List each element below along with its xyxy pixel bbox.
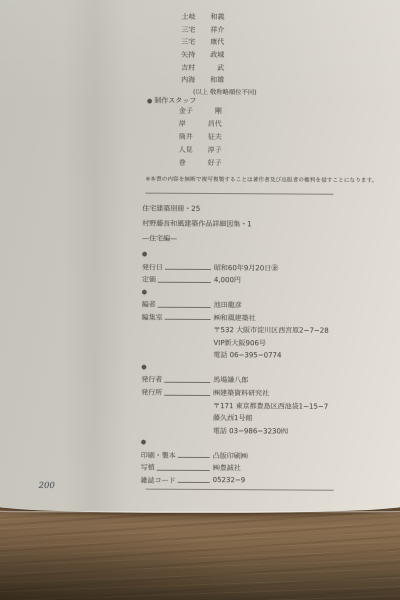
page-content: 土岐和義三宅祥介三宅康代矢持政城吉村武内海和雄 (以上 敬称略順位不同) ●制作… <box>6 7 393 514</box>
contributor-row: 吉村武 <box>181 63 224 76</box>
leader-line <box>164 388 210 401</box>
colophon-label-cell: 発行日 <box>142 262 214 275</box>
divider-rule-bottom <box>146 489 334 491</box>
person-surname: 人見 <box>179 145 207 158</box>
person-surname: 筒井 <box>179 132 207 145</box>
colophon-label-cell: 発行者 <box>141 375 213 388</box>
colophon-value: 池田龍彦 <box>214 300 242 313</box>
photo-of-book-colophon: 土岐和義三宅祥介三宅康代矢持政城吉村武内海和雄 (以上 敬称略順位不同) ●制作… <box>0 0 400 600</box>
colophon-label-cell: 編者 <box>142 300 214 313</box>
leader-line <box>165 312 211 325</box>
contributor-row: 土岐和義 <box>181 12 224 25</box>
person-given-name: 和義 <box>209 12 224 25</box>
leader-line <box>178 476 210 489</box>
contributor-row: 三宅祥介 <box>181 25 224 38</box>
contributor-name-list: 土岐和義三宅祥介三宅康代矢持政城吉村武内海和雄 <box>181 12 224 88</box>
colophon-value: 馬場謙八郎 <box>213 376 248 389</box>
honorifics-note: (以上 敬称略順位不同) <box>193 86 257 95</box>
staff-row: 岸昌代 <box>179 119 222 132</box>
colophon-label-cell: 印刷・製本 <box>141 450 213 463</box>
leader-line <box>165 262 211 275</box>
colophon-label: 発行所 <box>141 388 162 401</box>
person-surname: 巻 <box>179 158 207 171</box>
staff-row: 筒井征夫 <box>179 132 222 145</box>
colophon-label: 発行者 <box>141 375 162 388</box>
production-staff-label: 制作スタッフ <box>154 96 196 104</box>
colophon-row: 定価4,000円 <box>142 275 390 289</box>
person-given-name: 祥介 <box>209 25 224 38</box>
leader-line <box>157 463 210 476</box>
colophon-label: 写植 <box>141 463 155 476</box>
person-surname: 岸 <box>179 119 207 132</box>
colophon-rows: ●発行日昭和60年9月20日㊎定価4,000円●編者池田龍彦編集室㈱和風建築社〒… <box>141 250 390 490</box>
colophon-row: 編集室㈱和風建築社 <box>142 312 390 326</box>
person-surname: 三宅 <box>181 25 209 38</box>
book-subtitle: —住宅編— <box>142 234 252 250</box>
person-given-name: 昌代 <box>207 119 222 132</box>
colophon-value: ㈱和風建築社 <box>214 313 256 326</box>
colophon-label: 編者 <box>142 300 156 313</box>
colophon-label: 印刷・製本 <box>141 450 176 463</box>
person-given-name: 征夫 <box>207 132 222 145</box>
contributor-row: 三宅康代 <box>181 37 224 50</box>
leader-line <box>178 451 210 464</box>
person-given-name: 武 <box>209 63 224 76</box>
person-surname: 金子 <box>179 106 207 119</box>
person-given-name: 康代 <box>209 37 224 50</box>
bullet-icon: ● <box>147 97 152 104</box>
colophon-label: 発行日 <box>142 262 163 275</box>
production-staff-heading: ●制作スタッフ <box>147 95 196 105</box>
colophon-label-cell: 編集室 <box>142 312 214 325</box>
colophon-label-cell: 発行所 <box>141 388 213 401</box>
staff-row: 金子剛 <box>179 106 222 119</box>
colophon-row: 発行所㈱建築資料研究社 <box>141 388 389 402</box>
production-staff-list: 金子剛岸昌代筒井征夫人見淳子巻好子 <box>179 106 222 171</box>
colophon-value: 4,000円 <box>214 275 241 288</box>
page-number: 200 <box>39 481 55 491</box>
book-title: 村野藤吾和風建築作品詳細図集・1 <box>142 219 252 235</box>
leader-line <box>158 275 211 288</box>
colophon-label-cell: 雑誌コード <box>141 475 213 488</box>
person-surname: 土岐 <box>181 12 209 25</box>
title-block: 住宅建築別冊・25 村野藤吾和風建築作品詳細図集・1 —住宅編— <box>142 204 252 250</box>
colophon-label-cell: 定価 <box>142 275 214 288</box>
person-given-name: 好子 <box>207 158 222 171</box>
colophon-value: ㈱建築資料研究社 <box>213 388 269 401</box>
colophon-label: 雑誌コード <box>141 475 176 488</box>
contributor-row: 矢持政城 <box>181 50 224 63</box>
divider-rule-top <box>145 193 333 195</box>
person-surname: 吉村 <box>181 63 209 76</box>
leader-line <box>158 300 211 313</box>
colophon-row: 雑誌コード05232−9 <box>141 475 389 489</box>
person-surname: 矢持 <box>181 50 209 63</box>
staff-row: 巻好子 <box>179 158 222 171</box>
series-title: 住宅建築別冊・25 <box>142 204 252 220</box>
colophon-label: 定価 <box>142 275 156 288</box>
colophon-label-cell: 写植 <box>141 463 213 476</box>
colophon-value: ㈱豊誠社 <box>213 463 241 476</box>
person-given-name: 淳子 <box>207 145 222 158</box>
colophon-value: 05232−9 <box>213 476 246 489</box>
leader-line <box>164 375 210 388</box>
colophon-label: 編集室 <box>142 312 163 325</box>
copyright-notice: ※本書の内容を無断で複写複製することは著作者及び出版者の権利を侵すことになります… <box>145 175 390 184</box>
staff-row: 人見淳子 <box>179 145 222 158</box>
person-given-name: 剛 <box>207 106 222 119</box>
colophon-value: 凸版印刷㈱ <box>213 451 248 464</box>
colophon-value: 昭和60年9月20日㊎ <box>214 263 278 276</box>
person-given-name: 政城 <box>209 50 224 63</box>
person-surname: 三宅 <box>181 37 209 50</box>
